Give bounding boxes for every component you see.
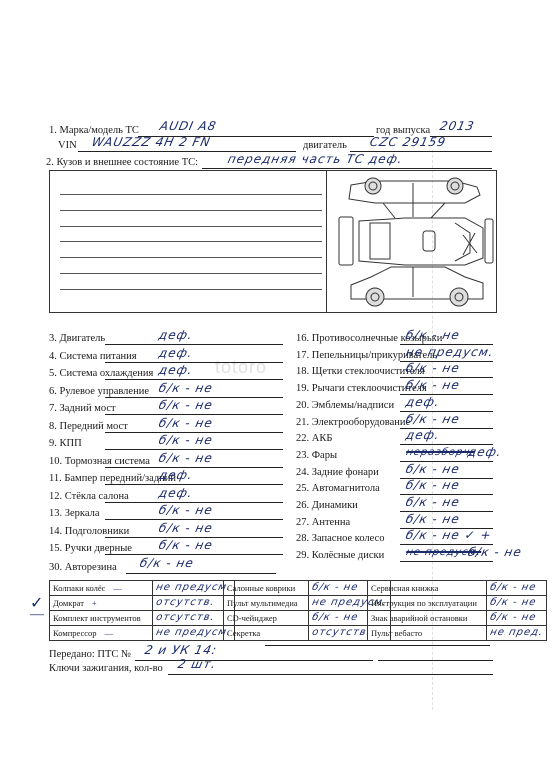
- accessory-row: Колпаки колёс—не предусм.: [50, 581, 235, 596]
- item-label: 24. Задние фонари: [296, 467, 379, 479]
- accessory-row: Пульт вебастоне пред.: [368, 626, 547, 641]
- car-diagram[interactable]: [335, 173, 495, 310]
- accessory-label: Салонные коврики: [227, 583, 295, 593]
- accessory-row: Компрессор—не предусм.: [50, 626, 235, 641]
- item-label: 13. Зеркала: [49, 508, 100, 520]
- make-model-value[interactable]: AUDI A8: [159, 119, 218, 133]
- engine-label: двигатель: [303, 140, 347, 152]
- item-value[interactable]: б/к - не: [158, 433, 215, 447]
- item-value[interactable]: деф.: [405, 428, 442, 442]
- vin-label: VIN: [58, 140, 77, 152]
- body-condition-box: [49, 170, 497, 313]
- item-label: 9. КПП: [49, 438, 82, 450]
- accessory-value[interactable]: не пред.: [489, 626, 545, 640]
- accessory-value[interactable]: б/к - не: [311, 611, 360, 625]
- dash-mark: —: [30, 607, 44, 623]
- accessory-row: Инструкция по эксплуатацииб/к - не: [368, 596, 547, 611]
- accessory-mark: +: [92, 598, 97, 608]
- accessory-value[interactable]: отсутств.: [154, 611, 216, 625]
- item-label: 20. Эмблемы/надписи: [296, 400, 394, 412]
- vin-value[interactable]: WAUZZZ 4H 2 FN: [91, 135, 213, 149]
- accessory-value[interactable]: не предусм.: [154, 581, 232, 595]
- item-label: 29. Колёсные диски: [296, 550, 384, 562]
- item-value[interactable]: деф.: [158, 363, 195, 377]
- item-value[interactable]: б/к - не: [405, 361, 462, 375]
- engine-value[interactable]: CZC 29159: [369, 135, 448, 149]
- item-value[interactable]: б/к - не: [158, 416, 215, 430]
- accessory-mark: —: [113, 583, 122, 593]
- year-value[interactable]: 2013: [439, 119, 477, 133]
- item-value[interactable]: б/к - не: [405, 328, 462, 342]
- item-value[interactable]: б/к - не: [158, 451, 215, 465]
- accessory-label: Колпаки колёс: [53, 583, 105, 593]
- keys-value[interactable]: 2 шт.: [177, 657, 218, 671]
- accessory-label: Инструкция по эксплуатации: [371, 598, 477, 608]
- accessory-row: Комплект инструментовотсутств.: [50, 611, 235, 626]
- accessories-table-2: Салонные коврикиб/к - неПульт мультимеди…: [223, 580, 391, 641]
- pts-label: Передано: ПТС №: [49, 649, 131, 661]
- accessory-row: CD-чейнджерб/к - не: [224, 611, 391, 626]
- accessory-label: Комплект инструментов: [53, 613, 141, 623]
- accessory-value[interactable]: б/к - не: [311, 581, 360, 595]
- item-value[interactable]: б/к - не: [405, 512, 462, 526]
- body-label: 2. Кузов и внешнее состояние ТС:: [46, 157, 198, 169]
- accessory-row: Домкрат+отсутств.: [50, 596, 235, 611]
- item-label: 25. Автомагнитола: [296, 483, 380, 495]
- item-value[interactable]: б/к - не: [158, 538, 215, 552]
- struck-value: неразборч.: [405, 446, 476, 460]
- accessories-table-1: Колпаки колёс—не предусм.Домкрат+отсутст…: [49, 580, 235, 641]
- item-value[interactable]: деф.: [158, 346, 195, 360]
- item-label: 3. Двигатель: [49, 333, 105, 345]
- accessory-value[interactable]: отсутств.: [154, 596, 216, 610]
- accessory-value[interactable]: б/к - не: [489, 596, 538, 610]
- item-value[interactable]: б/к - не: [158, 398, 215, 412]
- item-label: 21. Электрооборудование: [296, 417, 410, 429]
- accessory-value[interactable]: б/к - не: [489, 581, 538, 595]
- item-value[interactable]: б/к - не: [405, 495, 462, 509]
- accessory-label: Пульт вебасто: [371, 628, 422, 638]
- item-label: 28. Запасное колесо: [296, 533, 385, 545]
- accessory-row: Салонные коврикиб/к - не: [224, 581, 391, 596]
- item-value[interactable]: б/к - не ✓ +: [405, 528, 494, 542]
- tires-value[interactable]: б/к - не: [139, 556, 196, 570]
- keys-label: Ключи зажигания, кол-во: [49, 663, 163, 675]
- pts-value[interactable]: 2 и УК 14:: [144, 643, 219, 657]
- item-label: 22. АКБ: [296, 433, 332, 445]
- item-value[interactable]: деф.: [158, 468, 195, 482]
- item-value[interactable]: деф.: [158, 486, 195, 500]
- accessory-label: CD-чейнджер: [227, 613, 277, 623]
- item-label: 23. Фары: [296, 450, 337, 462]
- item-label: 26. Динамики: [296, 500, 358, 512]
- item-value[interactable]: не предусм.: [405, 345, 496, 359]
- body-value[interactable]: передняя часть ТС деф.: [227, 152, 405, 166]
- accessory-label: Компрессор: [53, 628, 97, 638]
- item-label: 27. Антенна: [296, 517, 350, 529]
- accessory-value[interactable]: отсутств.: [311, 626, 373, 640]
- accessory-label: Секретка: [227, 628, 260, 638]
- accessory-label: Сервисная книжка: [371, 583, 438, 593]
- accessory-row: Знак аварийной остановкиб/к - не: [368, 611, 547, 626]
- accessory-label: Знак аварийной остановки: [371, 613, 467, 623]
- accessory-row: Секреткаотсутств.: [224, 626, 391, 641]
- accessory-label: Домкрат: [53, 598, 84, 608]
- accessory-row: Пульт мультимедиане предусм.: [224, 596, 391, 611]
- item-value[interactable]: б/к - не: [467, 545, 524, 559]
- item-value[interactable]: б/к - не: [158, 503, 215, 517]
- item-value[interactable]: б/к - не: [405, 412, 462, 426]
- accessory-label: Пульт мультимедиа: [227, 598, 298, 608]
- item-value[interactable]: б/к - не: [405, 378, 462, 392]
- item-value[interactable]: деф.: [158, 328, 195, 342]
- item-value[interactable]: деф.: [405, 395, 442, 409]
- item-value[interactable]: б/к - не: [158, 381, 215, 395]
- item-value[interactable]: б/к - не: [405, 462, 462, 476]
- accessory-value[interactable]: не предусм.: [154, 626, 232, 640]
- accessory-value[interactable]: б/к - не: [489, 611, 538, 625]
- watermark: totoro: [215, 357, 267, 378]
- accessory-mark: —: [105, 628, 114, 638]
- item-value[interactable]: б/к - не: [405, 478, 462, 492]
- item-value[interactable]: б/к - не: [158, 521, 215, 535]
- accessory-row: Сервисная книжкаб/к - не: [368, 581, 547, 596]
- item-value[interactable]: деф.: [467, 445, 504, 459]
- tires-label: 30. Авторезина: [49, 562, 117, 574]
- accessories-table-3: Сервисная книжкаб/к - неИнструкция по эк…: [367, 580, 547, 641]
